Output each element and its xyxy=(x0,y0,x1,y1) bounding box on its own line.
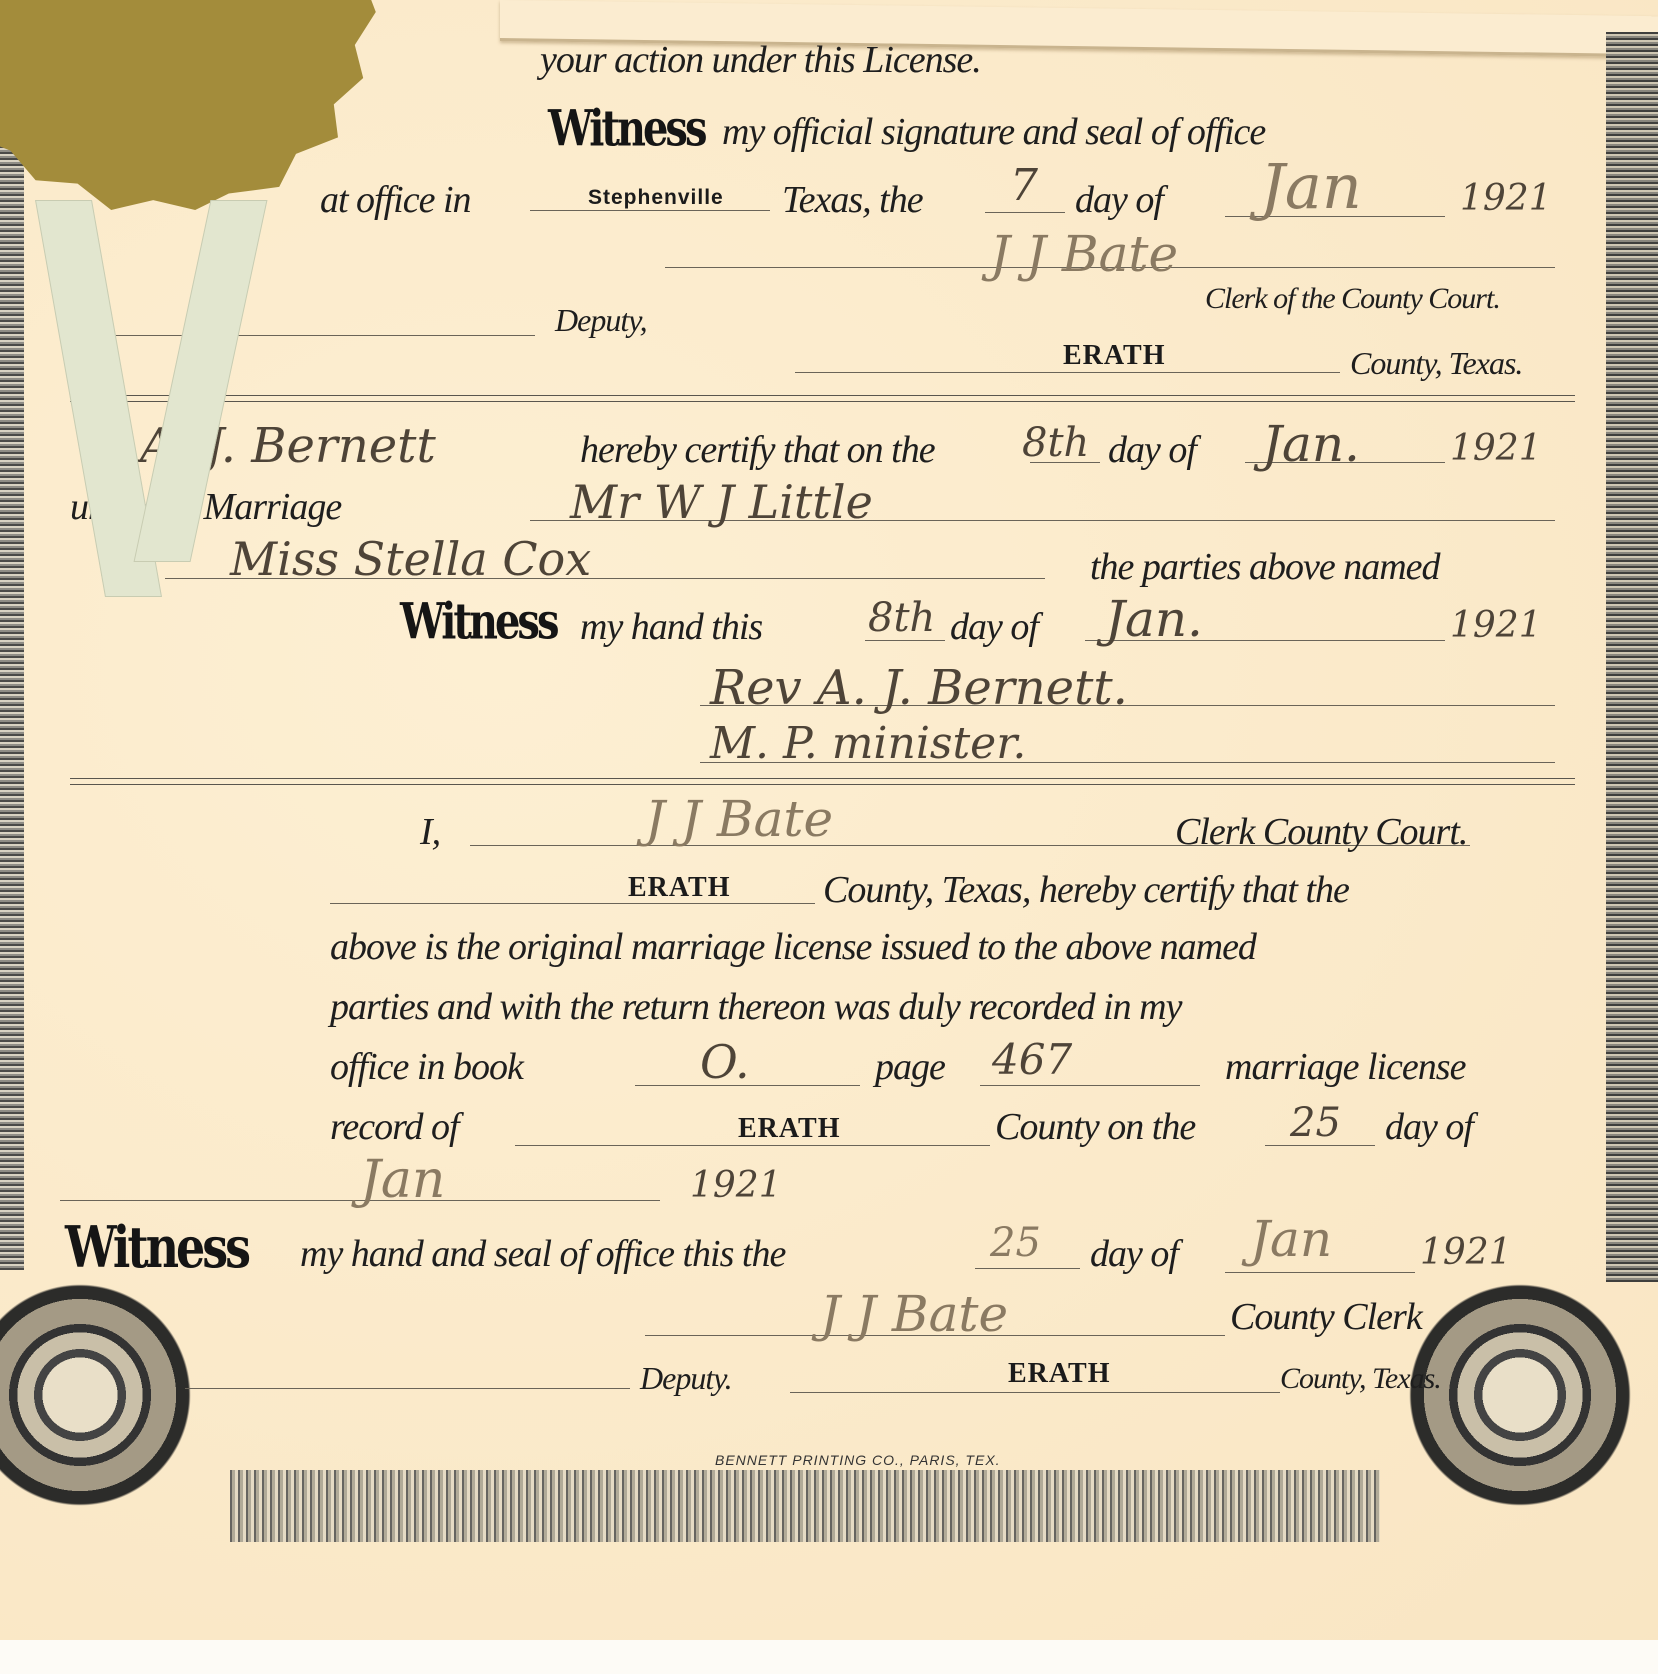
record-year: 1921 xyxy=(690,1165,782,1206)
deputy-label-1: Deputy, xyxy=(555,302,647,339)
right-guilloche-border xyxy=(1606,32,1658,1282)
record-month: Jan xyxy=(360,1150,445,1210)
certify-text: hereby certify that on the xyxy=(580,428,935,472)
office-in-book-label: office in book xyxy=(330,1045,523,1089)
county-name-2: ERATH xyxy=(628,872,731,904)
witness-year-3: 1921 xyxy=(1420,1232,1512,1273)
officiant-title: M. P. minister. xyxy=(710,718,1026,769)
clerk-signature-1: J J Bate xyxy=(990,225,1178,283)
witness-day-2: 8th xyxy=(868,595,935,641)
marriage-month: Jan. xyxy=(1262,415,1360,473)
marriage-year: 1921 xyxy=(1450,428,1542,469)
groom-name: Mr W J Little xyxy=(570,475,873,529)
witness-year-2: 1921 xyxy=(1450,605,1542,646)
witness-day-of-2: day of xyxy=(950,605,1038,649)
record-book: O. xyxy=(700,1035,750,1089)
certificate-line-2: above is the original marriage license i… xyxy=(330,925,1256,969)
printer-imprint: BENNETT PRINTING CO., PARIS, TEX. xyxy=(715,1452,1001,1468)
section-divider-1 xyxy=(70,395,1575,402)
bottom-guilloche-border xyxy=(230,1470,1380,1542)
county-texas-2: County, Texas. xyxy=(1280,1362,1441,1396)
bride-name: Miss Stella Cox xyxy=(230,532,591,586)
county-on-the-label: County on the xyxy=(995,1105,1195,1149)
witness-day-of-3: day of xyxy=(1090,1232,1178,1276)
return-day-of: day of xyxy=(1108,428,1196,472)
record-of-label: record of xyxy=(330,1105,459,1149)
marriage-day: 8th xyxy=(1022,420,1089,466)
record-day: 25 xyxy=(1290,1100,1341,1146)
county-texas-1: County, Texas. xyxy=(1350,345,1522,382)
license-closing-line: your action under this License. xyxy=(540,38,981,82)
county-name-1: ERATH xyxy=(1063,340,1166,372)
page-label: page xyxy=(875,1045,945,1089)
office-city: Stephenville xyxy=(588,186,724,210)
clerk-title-1: Clerk of the County Court. xyxy=(1205,282,1500,316)
witness-heading-2: Witness xyxy=(400,592,556,651)
day-of-label: day of xyxy=(1075,178,1163,222)
witness-heading-1: Witness xyxy=(548,99,704,158)
county-clerk-title: County Clerk xyxy=(1230,1295,1422,1339)
license-day: 7 xyxy=(1010,160,1038,211)
texas-the-label: Texas, the xyxy=(782,178,923,222)
parties-above-named: the parties above named xyxy=(1090,545,1440,589)
license-year: 1921 xyxy=(1460,178,1552,219)
license-month: Jan xyxy=(1260,150,1362,223)
at-office-label: at office in xyxy=(320,178,471,222)
i-label: I, xyxy=(420,810,440,854)
witness-text-2: my hand this xyxy=(580,605,762,649)
document-page: your action under this License. Witness … xyxy=(0,0,1658,1640)
county-certify-text: County, Texas, hereby certify that the xyxy=(823,868,1349,912)
county-name-3: ERATH xyxy=(738,1113,841,1145)
officiant-signature: Rev A. J. Bernett. xyxy=(710,660,1128,716)
certificate-line-3: parties and with the return thereon was … xyxy=(330,985,1181,1029)
section-divider-2 xyxy=(70,778,1575,785)
witness-month-3: Jan xyxy=(1250,1210,1332,1268)
witness-month-2: Jan. xyxy=(1105,590,1203,648)
witness-heading-3: Witness xyxy=(65,1213,248,1281)
county-clerk-signature: J J Bate xyxy=(820,1285,1008,1343)
left-guilloche-border xyxy=(0,120,24,1270)
deputy-label-2: Deputy. xyxy=(640,1360,732,1397)
witness-day-3: 25 xyxy=(990,1220,1041,1266)
record-page: 467 xyxy=(992,1035,1072,1084)
record-day-of: day of xyxy=(1385,1105,1473,1149)
witness-text-1: my official signature and seal of office xyxy=(722,110,1265,154)
clerk-signature-2: J J Bate xyxy=(645,790,833,848)
clerk-title-2: Clerk County Court. xyxy=(1175,810,1467,854)
marriage-license-label: marriage license xyxy=(1225,1045,1465,1089)
bottom-left-ornament xyxy=(0,1240,220,1550)
witness-text-3: my hand and seal of office this the xyxy=(300,1232,785,1276)
county-name-4: ERATH xyxy=(1008,1358,1111,1390)
